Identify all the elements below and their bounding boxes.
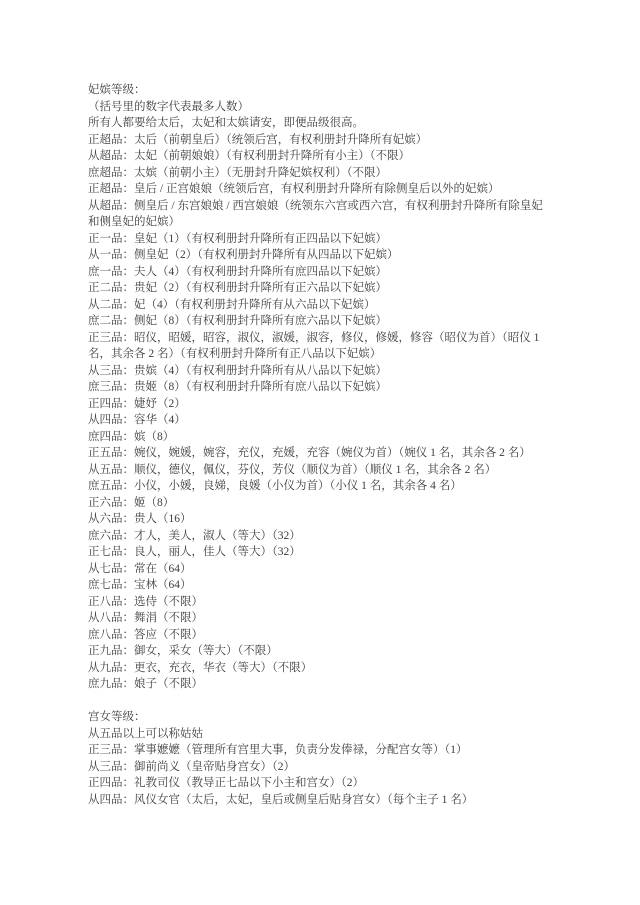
doc-line: 庶七品：宝林（64） bbox=[88, 577, 554, 594]
section-lines: （括号里的数字代表最多人数）所有人都要给太后，太妃和太嫔请安，即便品级很高。正超… bbox=[88, 99, 554, 693]
doc-line: 从二品：妃（4）（有权利册封升降所有从六品以下妃嫔） bbox=[88, 297, 554, 314]
doc-line: 正七品：良人，丽人，佳人（等大）（32） bbox=[88, 544, 554, 561]
doc-line: 从超品：侧皇后 / 东宫娘娘 / 西宫娘娘（统领东六宫或西六宫，有权利册封升降所… bbox=[88, 198, 554, 231]
doc-line: 正八品：选侍（不限） bbox=[88, 594, 554, 611]
doc-line: 庶五品：小仪，小媛，良娣，良媛（小仪为首）（小仪 1 名，其余各 4 名） bbox=[88, 478, 554, 495]
doc-line: 正一品：皇妃（1）（有权利册封升降所有正四品以下妃嫔） bbox=[88, 231, 554, 248]
doc-line: 从三品：御前尚义（皇帝贴身宫女）（2） bbox=[88, 759, 554, 776]
doc-line: 从三品：贵嫔（4）（有权利册封升降所有从八品以下妃嫔） bbox=[88, 363, 554, 380]
doc-line: 所有人都要给太后，太妃和太嫔请安，即便品级很高。 bbox=[88, 115, 554, 132]
doc-line: 从四品：风仪女官（太后，太妃，皇后或侧皇后贴身宫女）（每个主子 1 名） bbox=[88, 792, 554, 809]
doc-line: 从六品：贵人（16） bbox=[88, 511, 554, 528]
doc-line: 正四品：婕妤（2） bbox=[88, 396, 554, 413]
doc-line: 从八品：舞涓（不限） bbox=[88, 610, 554, 627]
section-concubine-ranks: 妃嫔等级： （括号里的数字代表最多人数）所有人都要给太后，太妃和太嫔请安，即便品… bbox=[88, 82, 554, 693]
doc-line: 从超品：太妃（前朝娘娘）（有权利册封升降所有小主）（不限） bbox=[88, 148, 554, 165]
doc-line: 正超品：太后（前朝皇后）（统领后宫，有权利册封升降所有妃嫔） bbox=[88, 132, 554, 149]
doc-line: 庶九品：娘子（不限） bbox=[88, 676, 554, 693]
doc-line: 正超品：皇后 / 正宫娘娘（统领后宫，有权利册封升降所有除侧皇后以外的妃嫔） bbox=[88, 181, 554, 198]
doc-line: 正三品：昭仪，昭媛，昭容，淑仪，淑媛，淑容，修仪，修媛，修容（昭仪为首）（昭仪 … bbox=[88, 330, 554, 363]
doc-line: 从五品以上可以称姑姑 bbox=[88, 726, 554, 743]
doc-line: 从一品：侧皇妃（2）（有权利册封升降所有从四品以下妃嫔） bbox=[88, 247, 554, 264]
doc-line: 从七品：常在（64） bbox=[88, 561, 554, 578]
doc-line: 庶超品：太嫔（前朝小主）（无册封升降妃嫔权利）（不限） bbox=[88, 165, 554, 182]
doc-line: 正六品：姬（8） bbox=[88, 495, 554, 512]
doc-line: 从五品：顺仪，德仪，佩仪，芬仪，芳仪（顺仪为首）（顺仪 1 名，其余各 2 名） bbox=[88, 462, 554, 479]
doc-line: 庶二品：侧妃（8）（有权利册封升降所有庶六品以下妃嫔） bbox=[88, 313, 554, 330]
doc-line: 正二品：贵妃（2）（有权利册封升降所有正六品以下妃嫔） bbox=[88, 280, 554, 297]
doc-line: 正三品：掌事嬷嬷（管理所有宫里大事，负责分发俸禄，分配宫女等）（1） bbox=[88, 742, 554, 759]
doc-line: 庶四品：嫔（8） bbox=[88, 429, 554, 446]
doc-line: 正五品：婉仪，婉媛，婉容，充仪，充媛，充容（婉仪为首）（婉仪 1 名，其余各 2… bbox=[88, 445, 554, 462]
section-palace-maid-ranks: 宫女等级： 从五品以上可以称姑姑正三品：掌事嬷嬷（管理所有宫里大事，负责分发俸禄… bbox=[88, 709, 554, 808]
doc-line: （括号里的数字代表最多人数） bbox=[88, 99, 554, 116]
doc-line: 正九品：御女，采女（等大）（不限） bbox=[88, 643, 554, 660]
doc-line: 从九品：更衣，充衣，华衣（等大）（不限） bbox=[88, 660, 554, 677]
section-title: 妃嫔等级： bbox=[88, 82, 554, 99]
doc-line: 庶三品：贵姬（8）（有权利册封升降所有庶八品以下妃嫔） bbox=[88, 379, 554, 396]
doc-line: 从四品：容华（4） bbox=[88, 412, 554, 429]
doc-line: 庶八品：答应（不限） bbox=[88, 627, 554, 644]
doc-line: 庶一品：夫人（4）（有权利册封升降所有庶四品以下妃嫔） bbox=[88, 264, 554, 281]
section-lines: 从五品以上可以称姑姑正三品：掌事嬷嬷（管理所有宫里大事，负责分发俸禄，分配宫女等… bbox=[88, 726, 554, 809]
section-title: 宫女等级： bbox=[88, 709, 554, 726]
doc-line: 庶六品：才人，美人，淑人（等大）（32） bbox=[88, 528, 554, 545]
document-page: 妃嫔等级： （括号里的数字代表最多人数）所有人都要给太后，太妃和太嫔请安，即便品… bbox=[0, 0, 640, 905]
doc-line: 正四品：礼教司仪（教导正七品以下小主和宫女）（2） bbox=[88, 775, 554, 792]
